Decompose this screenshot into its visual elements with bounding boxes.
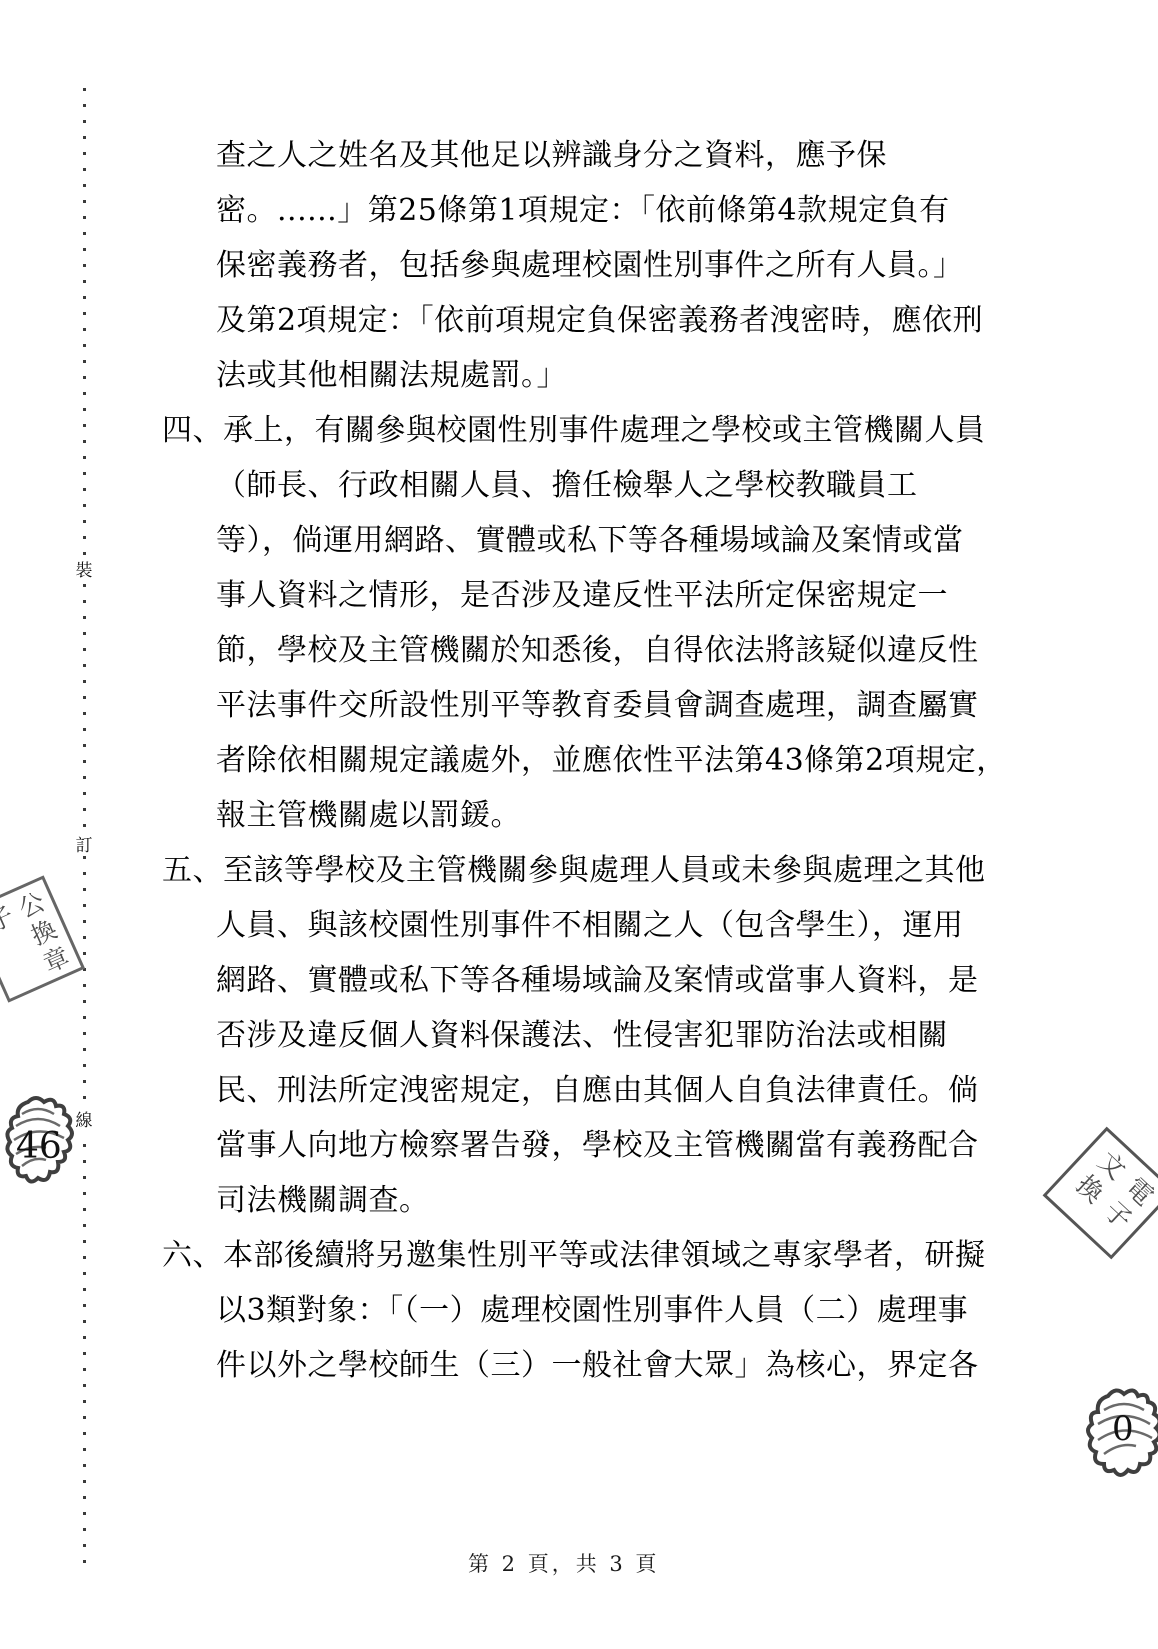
text-line: （師長、行政相關人員、擔任檢舉人之學校教職員工 bbox=[162, 458, 1012, 513]
text-line: 當事人向地方檢察署告發，學校及主管機關當有義務配合 bbox=[162, 1118, 1012, 1173]
document-page: 裝 訂 線 查之人之姓名及其他足以辨識身分之資料，應予保 密。......」第2… bbox=[0, 0, 1158, 1649]
text-line: 網路、實體或私下等各種場域論及案情或當事人資料，是 bbox=[162, 953, 1012, 1008]
text-line: 民、刑法所定洩密規定，自應由其個人自負法律責任。倘 bbox=[162, 1063, 1012, 1118]
text-line: 法或其他相關法規處罰。」 bbox=[162, 348, 1012, 403]
text-line: 人員、與該校園性別事件不相關之人（包含學生），運用 bbox=[162, 898, 1012, 953]
text-line: 密。......」第25條第1項規定：「依前條第4款規定負有 bbox=[162, 183, 1012, 238]
text-line: 查之人之姓名及其他足以辨識身分之資料，應予保 bbox=[162, 128, 1012, 183]
binding-char-zhuang: 裝 bbox=[74, 561, 94, 581]
exchange-stamp-left: 公換章 子 bbox=[0, 875, 85, 1002]
binding-dotted-line bbox=[83, 88, 86, 1570]
text-line: 者除依相關規定議處外，並應依性平法第43條第2項規定， bbox=[162, 733, 1012, 788]
flower-date-stamp-right: 0 bbox=[1078, 1382, 1158, 1492]
exchange-stamp-right: 電子 文換 bbox=[1043, 1127, 1158, 1260]
text-line: 否涉及違反個人資料保護法、性侵害犯罪防治法或相關 bbox=[162, 1008, 1012, 1063]
text-line: 報主管機關處以罰鍰。 bbox=[162, 788, 1012, 843]
item-4-line: 四、承上，有關參與校園性別事件處理之學校或主管機關人員 bbox=[162, 403, 1012, 458]
text-line: 保密義務者，包括參與處理校園性別事件之所有人員。」 bbox=[162, 238, 1012, 293]
item-6-line: 六、本部後續將另邀集性別平等或法律領域之專家學者，研擬 bbox=[162, 1228, 1012, 1283]
page-number-footer: 第 2 頁，共 3 頁 bbox=[468, 1548, 659, 1578]
text-line: 件以外之學校師生（三）一般社會大眾」為核心，界定各 bbox=[162, 1338, 1012, 1393]
text-line: 事人資料之情形，是否涉及違反性平法所定保密規定一 bbox=[162, 568, 1012, 623]
flower-date-stamp-left: 46 bbox=[2, 1092, 80, 1196]
text-line: 以3類對象：「（一）處理校園性別事件人員（二）處理事 bbox=[162, 1283, 1012, 1338]
flower-stamp-right-number: 0 bbox=[1112, 1409, 1134, 1449]
text-line: 司法機關調查。 bbox=[162, 1173, 1012, 1228]
text-line: 及第2項規定：「依前項規定負保密義務者洩密時，應依刑 bbox=[162, 293, 1012, 348]
text-line: 等），倘運用網路、實體或私下等各種場域論及案情或當 bbox=[162, 513, 1012, 568]
text-line: 節，學校及主管機關於知悉後，自得依法將該疑似違反性 bbox=[162, 623, 1012, 678]
binding-char-ding: 訂 bbox=[74, 836, 94, 856]
flower-stamp-left-number: 46 bbox=[16, 1126, 62, 1167]
document-body: 查之人之姓名及其他足以辨識身分之資料，應予保 密。......」第25條第1項規… bbox=[162, 128, 1012, 1393]
item-5-line: 五、至該等學校及主管機關參與處理人員或未參與處理之其他 bbox=[162, 843, 1012, 898]
text-line: 平法事件交所設性別平等教育委員會調查處理，調查屬實 bbox=[162, 678, 1012, 733]
